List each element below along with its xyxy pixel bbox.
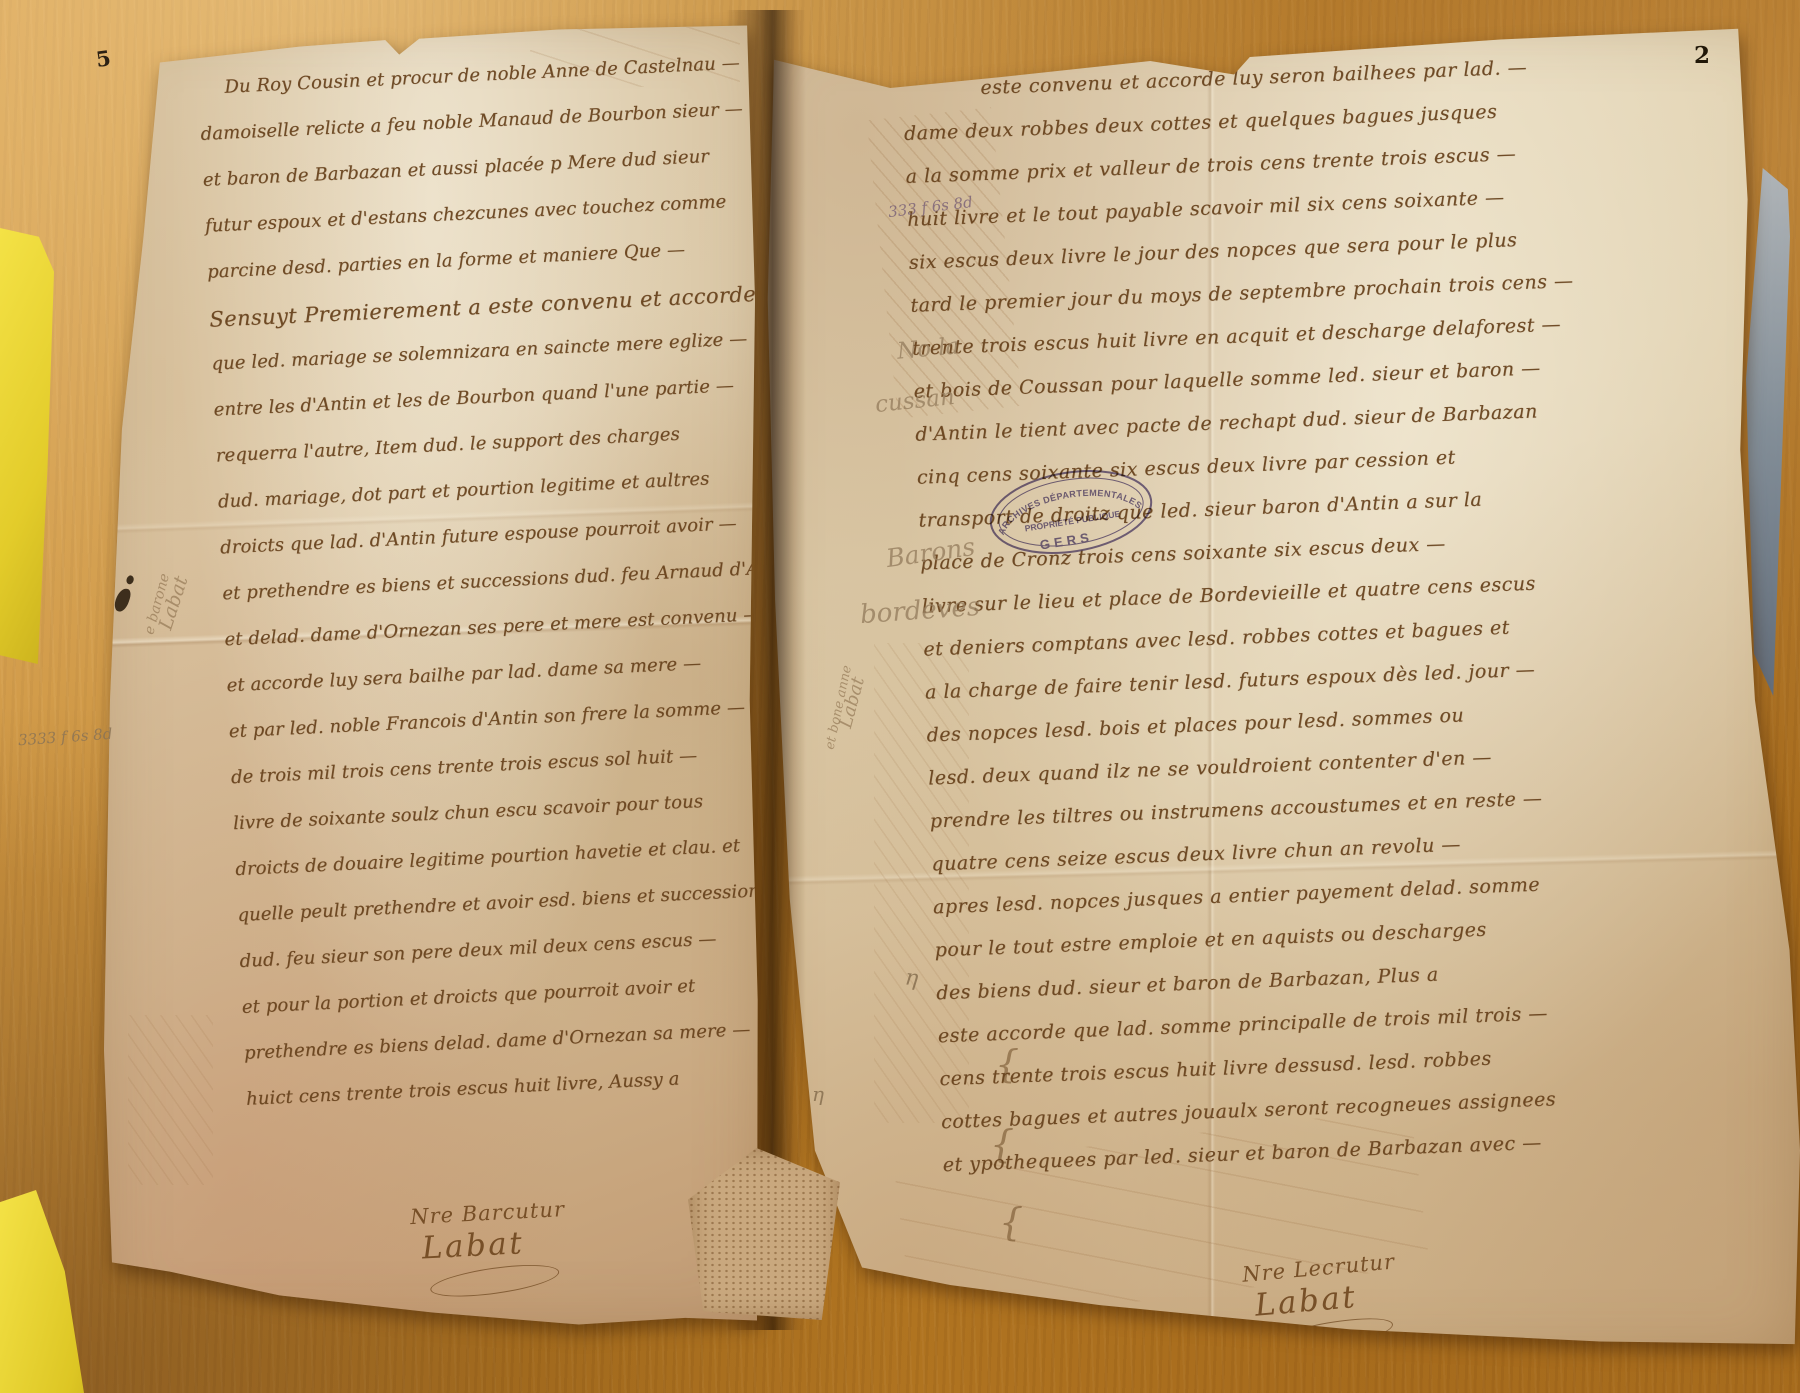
pencil-note-nola: No la: [896, 333, 960, 364]
blue-paper-sliver: [1746, 168, 1790, 696]
notary-signature-right: Nre Lecrutur Labat: [1241, 1250, 1402, 1356]
notary-signature-left: Nre Barcutur Labat: [410, 1197, 569, 1298]
margin-squiggle-mark: η: [904, 965, 920, 991]
folio-number-right: 2: [1694, 42, 1710, 69]
manuscript-page-left: Du Roy Cousin et procur de noble Anne de…: [100, 15, 765, 1335]
signature-name: Labat: [421, 1223, 567, 1267]
margin-squiggle-mark: η: [812, 1082, 824, 1106]
manuscript-page-right: este convenu et accorde luy seron bailhe…: [752, 18, 1800, 1363]
stamp-middle-text: PROPRIÉTÉ PUBLIQUE: [1024, 509, 1121, 534]
margin-amount-left: 3333 f 6s 8d: [17, 725, 112, 750]
left-page-text: Du Roy Cousin et procur de noble Anne de…: [198, 52, 797, 1135]
yellow-paper-edge: [0, 228, 54, 664]
signature-paraph: [429, 1259, 561, 1303]
folio-number-left: 5: [94, 45, 112, 72]
margin-brace-mark: {: [999, 1200, 1023, 1244]
photograph-of-manuscript: este convenu et accorde luy seron bailhe…: [0, 0, 1800, 1393]
pen-strokes: [128, 1015, 213, 1185]
margin-brace-mark: {: [995, 1042, 1019, 1086]
margin-brace-mark: {: [990, 1122, 1014, 1166]
yellow-paper-corner: [0, 1190, 120, 1393]
right-page-text: este convenu et accorde luy seron bailhe…: [902, 55, 1608, 1197]
